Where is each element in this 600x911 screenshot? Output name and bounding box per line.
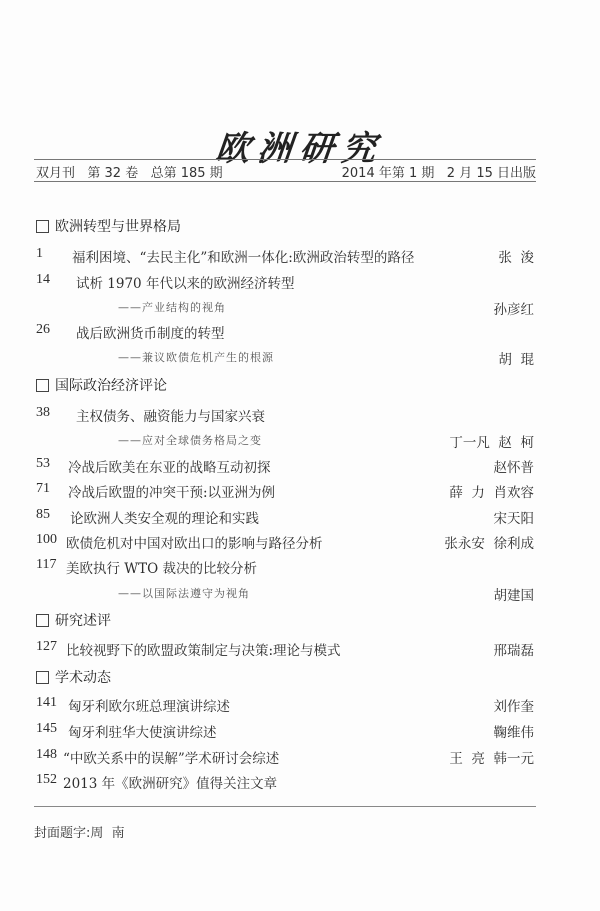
- page-number: 141: [36, 695, 57, 711]
- article-authors: 胡建国: [494, 584, 535, 604]
- toc-entry-subtitle-row: ——以国际法遵守为视角 胡建国: [36, 584, 536, 604]
- toc-entry[interactable]: 71 冷战后欧盟的冲突干预:以亚洲为例 薛 力 肖欢容: [36, 481, 536, 501]
- section-heading: 欧洲转型与世界格局: [36, 216, 181, 236]
- section-heading-label: 研究述评: [55, 610, 111, 630]
- toc-entry[interactable]: 141 匈牙利欧尔班总理演讲综述 刘作奎: [36, 695, 536, 715]
- article-authors: 张永安 徐利成: [444, 532, 534, 552]
- article-title: 欧债危机对中国对欧出口的影响与路径分析: [66, 532, 323, 552]
- page-number: 100: [36, 532, 57, 548]
- toc-entry[interactable]: 38 主权债务、融资能力与国家兴衰: [36, 405, 536, 425]
- toc-entry-subtitle-row: ——兼议欧债危机产生的根源 胡 琨: [36, 348, 536, 368]
- square-bullet-icon: [36, 379, 49, 392]
- masthead-issue-info: 双月刊 第 32 卷 总第 185 期: [36, 162, 223, 181]
- toc-entry[interactable]: 127 比较视野下的欧盟政策制定与决策:理论与模式 邢瑞磊: [36, 639, 536, 659]
- section-heading-label: 学术动态: [55, 667, 111, 687]
- masthead: 双月刊 第 32 卷 总第 185 期 2014 年第 1 期 2 月 15 日…: [36, 162, 536, 180]
- toc-entry[interactable]: 53 冷战后欧美在东亚的战略互动初探 赵怀普: [36, 456, 536, 476]
- toc-entry[interactable]: 117 美欧执行 WTO 裁决的比较分析: [36, 557, 536, 577]
- page-number: 14: [36, 272, 50, 288]
- article-title: 匈牙利欧尔班总理演讲综述: [68, 695, 230, 715]
- article-subtitle: ——以国际法遵守为视角: [118, 585, 250, 601]
- toc-entry[interactable]: 148 “中欧关系中的误解”学术研讨会综述 王 亮 韩一元: [36, 747, 536, 767]
- article-title: 冷战后欧盟的冲突干预:以亚洲为例: [68, 481, 275, 501]
- toc-entry[interactable]: 1 福利困境、“去民主化”和欧洲一体化:欧洲政治转型的路径 张 浚: [36, 246, 536, 266]
- article-authors: 胡 琨: [498, 348, 534, 368]
- toc-entry-subtitle-row: ——应对全球债务格局之变 丁一凡 赵 柯: [36, 431, 536, 451]
- section-heading: 学术动态: [36, 667, 111, 687]
- article-authors: 孙彦红: [494, 298, 535, 318]
- article-authors: 鞠维伟: [494, 721, 535, 741]
- page-number: 1: [36, 246, 43, 262]
- article-title: 比较视野下的欧盟政策制定与决策:理论与模式: [66, 639, 341, 659]
- masthead-bottom-rule: [34, 181, 536, 182]
- page-number: 145: [36, 721, 57, 737]
- page-number: 85: [36, 507, 50, 523]
- article-authors: 邢瑞磊: [494, 639, 535, 659]
- toc-entry[interactable]: 85 论欧洲人类安全观的理论和实践 宋天阳: [36, 507, 536, 527]
- square-bullet-icon: [36, 671, 49, 684]
- section-heading-label: 欧洲转型与世界格局: [55, 216, 181, 236]
- section-heading-label: 国际政治经济评论: [55, 375, 167, 395]
- article-title: 美欧执行 WTO 裁决的比较分析: [66, 557, 257, 577]
- page-number: 53: [36, 456, 50, 472]
- square-bullet-icon: [36, 220, 49, 233]
- toc-entry[interactable]: 145 匈牙利驻华大使演讲综述 鞠维伟: [36, 721, 536, 741]
- article-title: 匈牙利驻华大使演讲综述: [68, 721, 217, 741]
- article-title: 2013 年《欧洲研究》值得关注文章: [63, 772, 277, 792]
- masthead-date: 2014 年第 1 期 2 月 15 日出版: [342, 162, 536, 181]
- article-authors: 薛 力 肖欢容: [449, 481, 534, 501]
- table-of-contents-page: 欧洲研究 双月刊 第 32 卷 总第 185 期 2014 年第 1 期 2 月…: [0, 0, 600, 911]
- article-authors: 张 浚: [498, 246, 534, 266]
- article-authors: 王 亮 韩一元: [449, 747, 534, 767]
- cover-calligraphy-credit: 封面题字:周 南: [34, 822, 125, 841]
- page-number: 38: [36, 405, 50, 421]
- article-title: 福利困境、“去民主化”和欧洲一体化:欧洲政治转型的路径: [72, 246, 414, 266]
- article-title: 冷战后欧美在东亚的战略互动初探: [68, 456, 271, 476]
- section-heading: 国际政治经济评论: [36, 375, 167, 395]
- article-authors: 刘作奎: [494, 695, 535, 715]
- toc-entry[interactable]: 14 试析 1970 年代以来的欧洲经济转型: [36, 272, 536, 292]
- article-authors: 宋天阳: [494, 507, 535, 527]
- article-subtitle: ——兼议欧债危机产生的根源: [118, 349, 274, 365]
- page-number: 117: [36, 557, 56, 573]
- article-title: 试析 1970 年代以来的欧洲经济转型: [76, 272, 294, 292]
- article-authors: 丁一凡 赵 柯: [449, 431, 534, 451]
- footer-rule: [34, 806, 536, 807]
- section-heading: 研究述评: [36, 610, 111, 630]
- toc-entry[interactable]: 26 战后欧洲货币制度的转型: [36, 322, 536, 342]
- article-title: 战后欧洲货币制度的转型: [76, 322, 225, 342]
- page-number: 127: [36, 639, 57, 655]
- square-bullet-icon: [36, 614, 49, 627]
- page-number: 26: [36, 322, 50, 338]
- toc-entry[interactable]: 100 欧债危机对中国对欧出口的影响与路径分析 张永安 徐利成: [36, 532, 536, 552]
- article-title: 论欧洲人类安全观的理论和实践: [70, 507, 259, 527]
- page-number: 148: [36, 747, 57, 763]
- article-title: 主权债务、融资能力与国家兴衰: [76, 405, 265, 425]
- article-subtitle: ——应对全球债务格局之变: [118, 432, 262, 448]
- article-title: “中欧关系中的误解”学术研讨会综述: [63, 747, 279, 767]
- masthead-top-rule: [34, 159, 536, 160]
- article-subtitle: ——产业结构的视角: [118, 299, 226, 315]
- toc-entry[interactable]: 152 2013 年《欧洲研究》值得关注文章: [36, 772, 536, 792]
- toc-entry-subtitle-row: ——产业结构的视角 孙彦红: [36, 298, 536, 318]
- article-authors: 赵怀普: [494, 456, 535, 476]
- page-number: 71: [36, 481, 50, 497]
- page-number: 152: [36, 772, 57, 788]
